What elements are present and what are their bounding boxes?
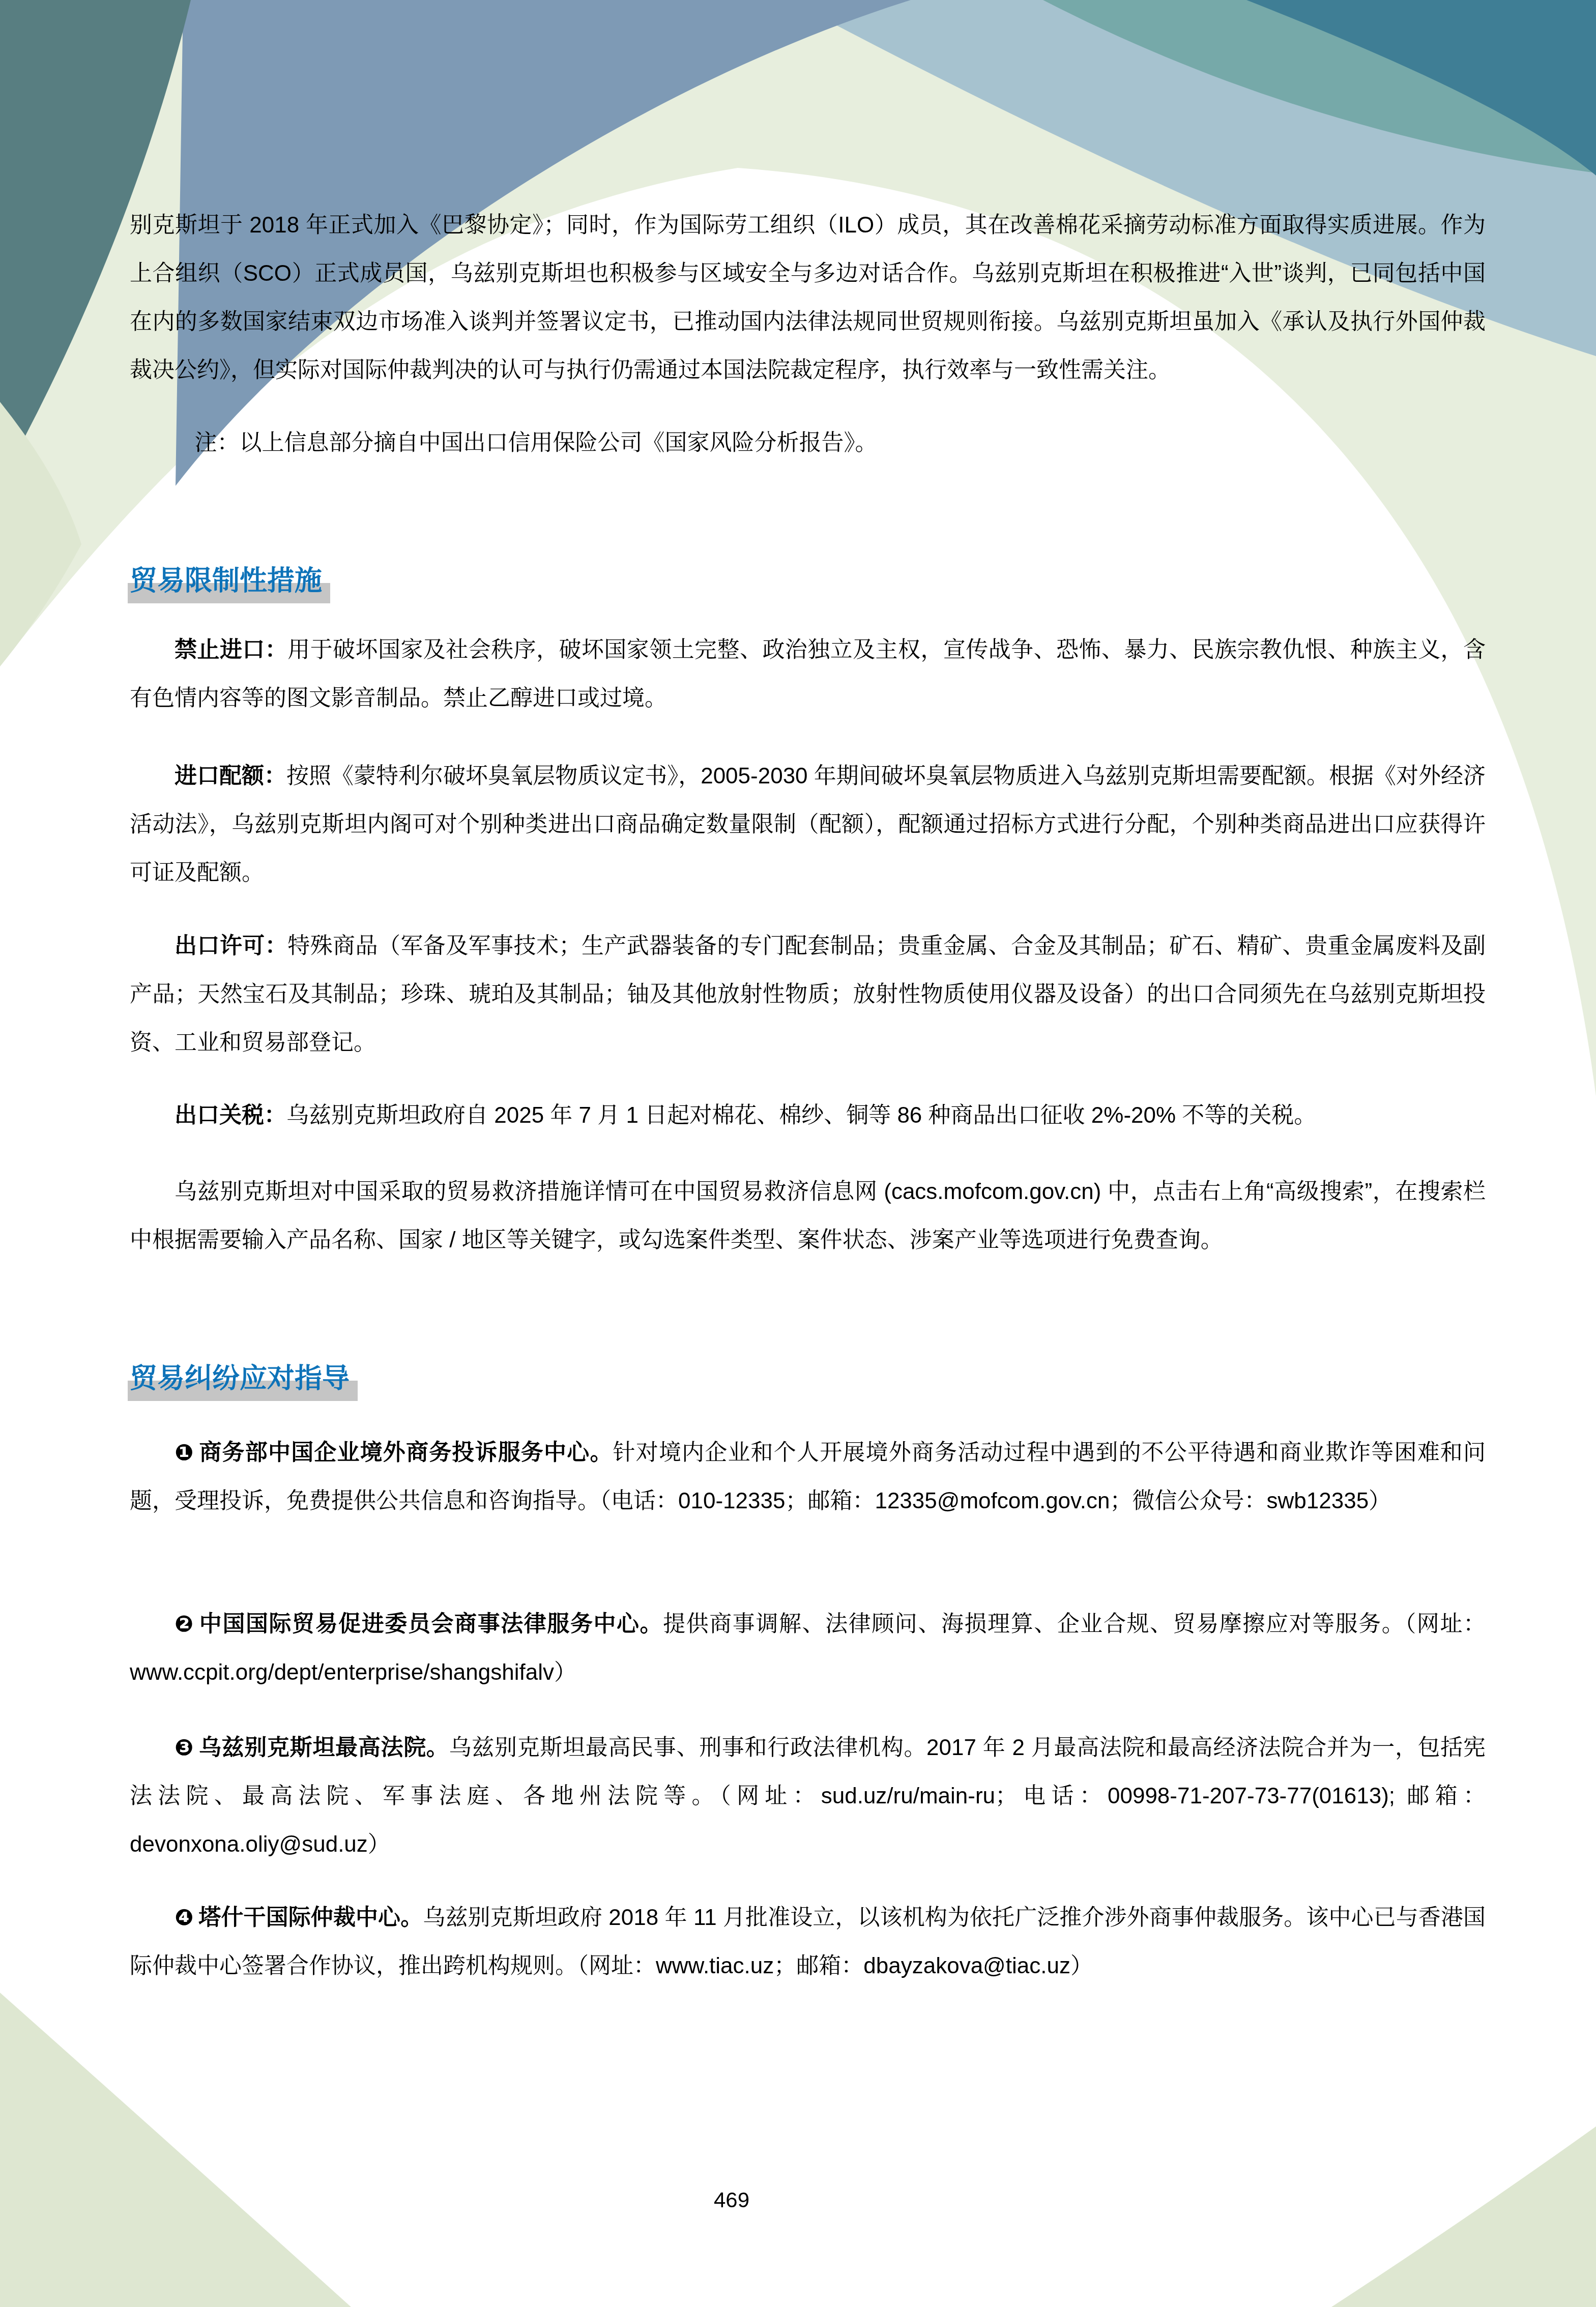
- decor-bottom-left-wedge: [0, 1993, 351, 2307]
- item-number-1-icon: ❶: [175, 1440, 194, 1465]
- paragraph-export-license-text: 特殊商品（军备及军事技术；生产武器装备的专门配套制品；贵重金属、合金及其制品；矿…: [130, 933, 1486, 1055]
- document-page: 别克斯坦于 2018 年正式加入《巴黎协定》；同时，作为国际劳工组织（ILO）成…: [0, 0, 1596, 2307]
- dispute-item-2: ❷中国国际贸易促进委员会商事法律服务中心。提供商事调解、法律顾问、海损理算、企业…: [130, 1600, 1486, 1697]
- dispute-item-3-label: 乌兹别克斯坦最高法院。: [199, 1735, 449, 1760]
- paragraph-export-tariff-text: 乌兹别克斯坦政府自 2025 年 7 月 1 日起对棉花、棉纱、铜等 86 种商…: [286, 1103, 1316, 1128]
- section-heading-dispute-guidance: 贸易纠纷应对指导: [130, 1364, 350, 1393]
- paragraph-trade-remedy-text: 乌兹别克斯坦对中国采取的贸易救济措施详情可在中国贸易救济信息网 (cacs.mo…: [130, 1179, 1486, 1252]
- run-in-label-export-tariff: 出口关税：: [175, 1103, 286, 1128]
- intro-paragraph: 别克斯坦于 2018 年正式加入《巴黎协定》；同时，作为国际劳工组织（ILO）成…: [130, 201, 1486, 394]
- page-number: 469: [0, 2187, 1463, 2213]
- paragraph-import-ban-text: 用于破坏国家及社会秩序，破坏国家领土完整、政治独立及主权，宣传战争、恐怖、暴力、…: [130, 637, 1486, 711]
- dispute-item-1: ❶商务部中国企业境外商务投诉服务中心。针对境内企业和个人开展境外商务活动过程中遇…: [130, 1428, 1486, 1525]
- paragraph-import-quota: 进口配额：按照《蒙特利尔破坏臭氧层物质议定书》，2005-2030 年期间破坏臭…: [130, 752, 1486, 897]
- paragraph-import-quota-text: 按照《蒙特利尔破坏臭氧层物质议定书》，2005-2030 年期间破坏臭氧层物质进…: [130, 764, 1486, 885]
- heading-band: 贸易限制性措施: [130, 566, 322, 596]
- item-number-3-icon: ❸: [175, 1735, 194, 1760]
- run-in-label-import-ban: 禁止进口：: [175, 637, 287, 662]
- item-number-4-icon: ❹: [175, 1905, 193, 1930]
- decor-bottom-right-wedge: [1331, 2126, 1596, 2307]
- paragraph-export-license: 出口许可：特殊商品（军备及军事技术；生产武器装备的专门配套制品；贵重金属、合金及…: [130, 922, 1486, 1067]
- dispute-item-3: ❸乌兹别克斯坦最高法院。乌兹别克斯坦最高民事、刑事和行政法律机构。2017 年 …: [130, 1724, 1486, 1868]
- heading-band: 贸易纠纷应对指导: [130, 1364, 350, 1393]
- paragraph-import-ban: 禁止进口：用于破坏国家及社会秩序，破坏国家领土完整、政治独立及主权，宣传战争、恐…: [130, 626, 1486, 722]
- section-heading-trade-restrictions: 贸易限制性措施: [130, 566, 322, 596]
- paragraph-trade-remedy-info: 乌兹别克斯坦对中国采取的贸易救济措施详情可在中国贸易救济信息网 (cacs.mo…: [130, 1167, 1486, 1264]
- source-note: 注：以上信息部分摘自中国出口信用保险公司《国家风险分析报告》。: [130, 419, 1486, 467]
- dispute-item-4-label: 塔什干国际仲裁中心。: [198, 1905, 423, 1930]
- dispute-item-2-label: 中国国际贸易促进委员会商事法律服务中心。: [199, 1612, 663, 1637]
- dispute-item-1-label: 商务部中国企业境外商务投诉服务中心。: [199, 1440, 613, 1465]
- paragraph-export-tariff: 出口关税：乌兹别克斯坦政府自 2025 年 7 月 1 日起对棉花、棉纱、铜等 …: [130, 1091, 1486, 1140]
- run-in-label-import-quota: 进口配额：: [175, 764, 286, 789]
- run-in-label-export-license: 出口许可：: [175, 933, 287, 958]
- item-number-2-icon: ❷: [175, 1612, 194, 1637]
- dispute-item-4: ❹塔什干国际仲裁中心。乌兹别克斯坦政府 2018 年 11 月批准设立，以该机构…: [130, 1893, 1486, 1990]
